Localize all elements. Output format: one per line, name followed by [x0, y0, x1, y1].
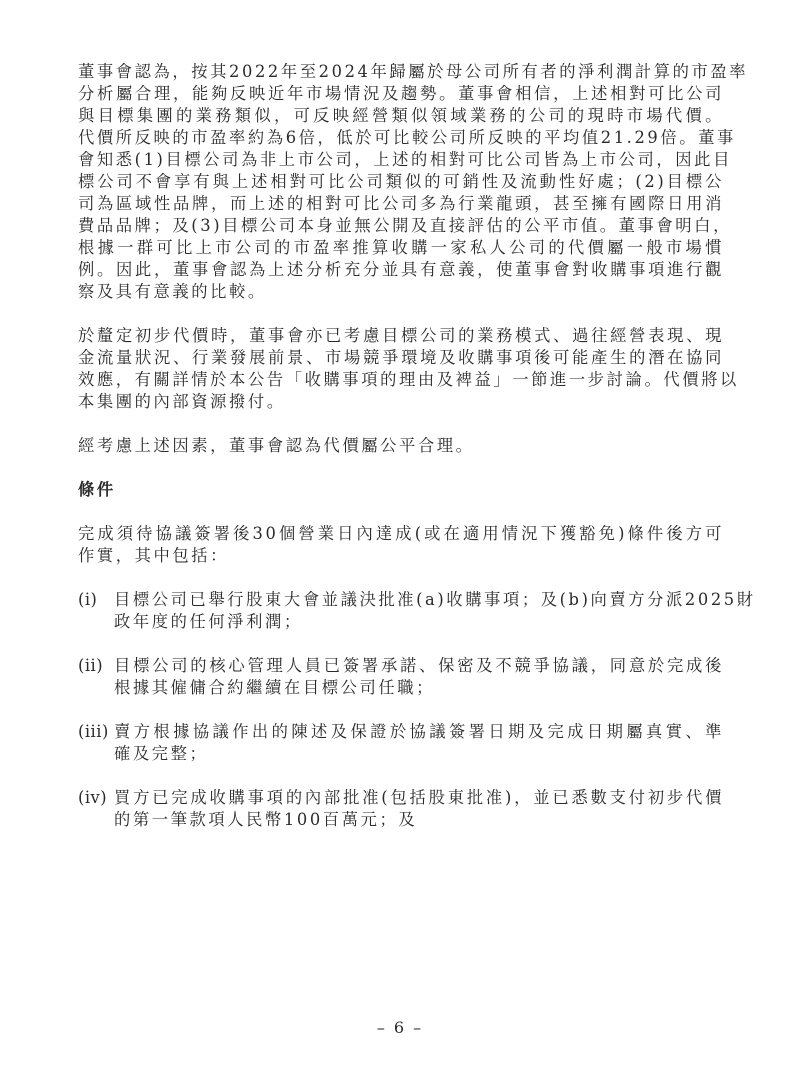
text-line: 目標公司已舉行股東大會並議決批准(a)收購事項；及(b)向賣方分派2025財 [114, 589, 724, 611]
text-line: 例。因此，董事會認為上述分析充分並具有意義，使董事會對收購事項進行觀 [78, 259, 724, 281]
condition-item: (iii) 賣方根據協議作出的陳述及保證於協議簽署日期及完成日期屬真實、準 確及… [78, 721, 724, 765]
text-line: 標公司不會享有與上述相對可比公司類似的可銷性及流動性好處；(2)目標公 [78, 171, 724, 193]
text-line: 的第一筆款項人民幣100百萬元；及 [114, 809, 724, 831]
condition-label: (ii) [78, 655, 103, 677]
text-line: 經考慮上述因素，董事會認為代價屬公平合理。 [78, 435, 724, 457]
text-line: 賣方根據協議作出的陳述及保證於協議簽署日期及完成日期屬真實、準 [114, 721, 724, 743]
text-line: 本集團的內部資源撥付。 [78, 391, 724, 413]
text-line: 買方已完成收購事項的內部批准(包括股東批准)，並已悉數支付初步代價 [114, 787, 724, 809]
paragraph-fair-reasonable: 經考慮上述因素，董事會認為代價屬公平合理。 [78, 435, 724, 457]
text-line: 效應，有關詳情於本公告「收購事項的理由及裨益」一節進一步討論。代價將以 [78, 369, 724, 391]
text-line: 與目標集團的業務類似，可反映經營類似領域業務的公司的現時市場代價。 [78, 105, 724, 127]
document-page: 董事會認為，按其2022年至2024年歸屬於母公司所有者的淨利潤計算的市盈率 分… [78, 61, 724, 853]
condition-item: (iv) 買方已完成收購事項的內部批准(包括股東批准)，並已悉數支付初步代價 的… [78, 787, 724, 831]
text-line: 根據其僱傭合約繼續在目標公司任職； [114, 677, 724, 699]
text-line: 會知悉(1)目標公司為非上市公司，上述的相對可比公司皆為上市公司，因此目 [78, 149, 724, 171]
condition-item: (i) 目標公司已舉行股東大會並議決批准(a)收購事項；及(b)向賣方分派202… [78, 589, 724, 633]
text-line: 金流量狀況、行業發展前景、市場競爭環境及收購事項後可能產生的潛在協同 [78, 347, 724, 369]
condition-label: (i) [78, 589, 97, 611]
text-line: 於釐定初步代價時，董事會亦已考慮目標公司的業務模式、過往經營表現、現 [78, 325, 724, 347]
condition-item: (ii) 目標公司的核心管理人員已簽署承諾、保密及不競爭協議，同意於完成後 根據… [78, 655, 724, 699]
text-line: 分析屬合理，能夠反映近年市場情況及趨勢。董事會相信，上述相對可比公司 [78, 83, 724, 105]
text-line: 確及完整； [114, 743, 724, 765]
text-line: 費品品牌；及(3)目標公司本身並無公開及直接評估的公平市值。董事會明白， [78, 215, 724, 237]
text-line: 根據一群可比上市公司的市盈率推算收購一家私人公司的代價屬一般市場慣 [78, 237, 724, 259]
conditions-list: (i) 目標公司已舉行股東大會並議決批准(a)收購事項；及(b)向賣方分派202… [78, 589, 724, 831]
condition-label: (iii) [78, 721, 109, 743]
text-line: 司為區域性品牌，而上述的相對可比公司多為行業龍頭，甚至擁有國際日用消 [78, 193, 724, 215]
text-line: 政年度的任何淨利潤； [114, 611, 724, 633]
text-line: 代價所反映的市盈率約為6倍，低於可比較公司所反映的平均值21.29倍。董事 [78, 127, 724, 149]
condition-label: (iv) [78, 787, 107, 809]
text-line: 董事會認為，按其2022年至2024年歸屬於母公司所有者的淨利潤計算的市盈率 [78, 61, 724, 83]
text-line: 察及具有意義的比較。 [78, 281, 724, 303]
text-line: 目標公司的核心管理人員已簽署承諾、保密及不競爭協議，同意於完成後 [114, 655, 724, 677]
paragraph-conditions-intro: 完成須待協議簽署後30個營業日內達成(或在適用情況下獲豁免)條件後方可 作實，其… [78, 523, 724, 567]
page-number: – 6 – [0, 1018, 800, 1037]
paragraph-pe-ratio-analysis: 董事會認為，按其2022年至2024年歸屬於母公司所有者的淨利潤計算的市盈率 分… [78, 61, 724, 303]
section-heading-conditions: 條件 [78, 479, 724, 501]
text-line: 作實，其中包括： [78, 545, 724, 567]
text-line: 完成須待協議簽署後30個營業日內達成(或在適用情況下獲豁免)條件後方可 [78, 523, 724, 545]
paragraph-consideration-factors: 於釐定初步代價時，董事會亦已考慮目標公司的業務模式、過往經營表現、現 金流量狀況… [78, 325, 724, 413]
